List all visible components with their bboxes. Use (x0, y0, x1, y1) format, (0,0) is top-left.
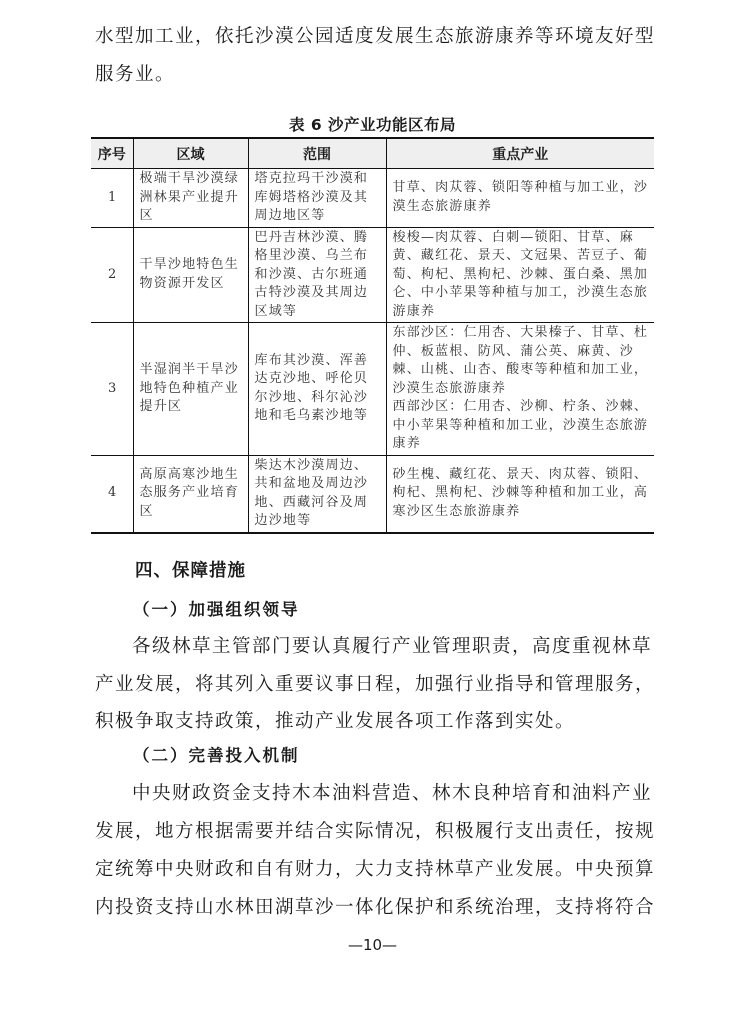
paragraph-line: 定统筹中央财政和自有财力，大力支持林草产业发展。中央预算 (95, 851, 655, 889)
row-scope: 塔克拉玛干沙漠和库姆塔格沙漠及其周边地区等 (248, 169, 386, 228)
industry-east: 东部沙区：仁用杏、大果榛子、甘草、杜仲、板蓝根、防风、蒲公英、麻黄、沙棘、山桃、… (393, 324, 651, 398)
header-region: 区域 (133, 138, 248, 169)
section-heading: 四、保障措施 (135, 557, 246, 582)
paragraph-line: 中央财政资金支持木本油料营造、林木良种培育和油料产业 (95, 775, 655, 813)
paragraph-line: 发展，地方根据需要并结合实际情况，积极履行支出责任，按规 (95, 813, 655, 851)
row-no: 2 (91, 227, 133, 323)
table-row: 3 半湿润半干旱沙地特色种植产业提升区 库布其沙漠、浑善达克沙地、呼伦贝尔沙地、… (91, 323, 654, 456)
row-scope: 柴达木沙漠周边、共和盆地及周边沙地、西藏河谷及周边沙地等 (248, 455, 386, 533)
subsection-heading-2: （二）完善投入机制 (133, 742, 300, 766)
subsection-heading-1: （一）加强组织领导 (133, 596, 300, 620)
page-number: —10— (0, 936, 745, 954)
intro-line-1: 水型加工业，依托沙漠公园适度发展生态旅游康养等环境友好型 (95, 18, 655, 56)
row-no: 4 (91, 455, 133, 533)
paragraph-line: 产业发展，将其列入重要议事日程，加强行业指导和管理服务， (95, 666, 655, 704)
row-industry: 梭梭—肉苁蓉、白刺—锁阳、甘草、麻黄、藏红花、景天、文冠果、苦豆子、葡萄、枸杞、… (386, 227, 654, 323)
row-scope: 库布其沙漠、浑善达克沙地、呼伦贝尔沙地、科尔沁沙地和毛乌素沙地等 (248, 323, 386, 456)
table-row: 4 高原高寒沙地生态服务产业培育区 柴达木沙漠周边、共和盆地及周边沙地、西藏河谷… (91, 455, 654, 533)
row-no: 1 (91, 169, 133, 228)
row-region: 高原高寒沙地生态服务产业培育区 (133, 455, 248, 533)
paragraph-line: 积极争取支持政策，推动产业发展各项工作落到实处。 (95, 703, 655, 741)
row-region: 半湿润半干旱沙地特色种植产业提升区 (133, 323, 248, 456)
row-industry: 东部沙区：仁用杏、大果榛子、甘草、杜仲、板蓝根、防风、蒲公英、麻黄、沙棘、山桃、… (386, 323, 654, 456)
table-header-row: 序号 区域 范围 重点产业 (91, 138, 654, 169)
row-industry: 砂生槐、藏红花、景天、肉苁蓉、锁阳、枸杞、黑枸杞、沙棘等种植和加工业，高寒沙区生… (386, 455, 654, 533)
industry-west: 西部沙区：仁用杏、沙柳、柠条、沙棘、中小苹果等种植和加工业，沙漠生态旅游康养 (393, 398, 651, 454)
paragraph-line: 内投资支持山水林田湖草沙一体化保护和系统治理，支持将符合 (95, 889, 655, 927)
paragraph-line: 各级林草主管部门要认真履行产业管理职责，高度重视林草 (95, 628, 655, 666)
row-region: 干旱沙地特色生物资源开发区 (133, 227, 248, 323)
table-row: 2 干旱沙地特色生物资源开发区 巴丹吉林沙漠、腾格里沙漠、乌兰布和沙漠、古尔班通… (91, 227, 654, 323)
row-scope: 巴丹吉林沙漠、腾格里沙漠、乌兰布和沙漠、古尔班通古特沙漠及其周边区域等 (248, 227, 386, 323)
header-no: 序号 (91, 138, 133, 169)
header-industry: 重点产业 (386, 138, 654, 169)
row-region: 极端干旱沙漠绿洲林果产业提升区 (133, 169, 248, 228)
row-no: 3 (91, 323, 133, 456)
table-title: 表 6 沙产业功能区布局 (0, 113, 745, 135)
table-row: 1 极端干旱沙漠绿洲林果产业提升区 塔克拉玛干沙漠和库姆塔格沙漠及其周边地区等 … (91, 169, 654, 228)
row-industry: 甘草、肉苁蓉、锁阳等种植与加工业，沙漠生态旅游康养 (386, 169, 654, 228)
intro-line-2: 服务业。 (95, 56, 655, 94)
sand-industry-table: 序号 区域 范围 重点产业 1 极端干旱沙漠绿洲林果产业提升区 塔克拉玛干沙漠和… (91, 137, 654, 534)
header-scope: 范围 (248, 138, 386, 169)
